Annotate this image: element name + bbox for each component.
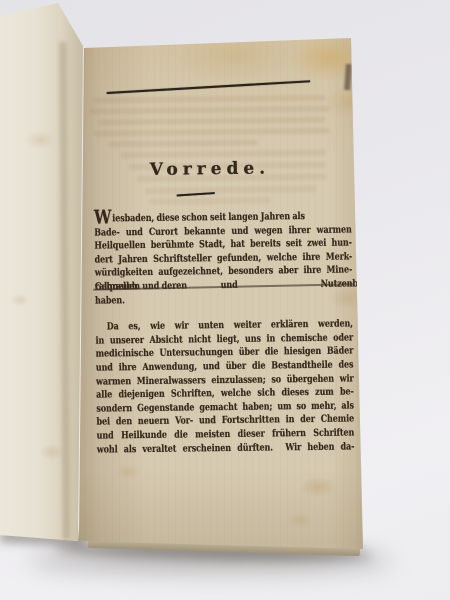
preface-text: Wiesbaden, diese schon seit langen Jahre… — [94, 209, 355, 456]
bleed-through-line — [120, 150, 326, 159]
drop-cap: W — [94, 206, 112, 228]
struck-text: Gebrauch und Nutzen — [95, 278, 353, 292]
text-line: wohl als veraltet erscheinen dürften. Wi… — [97, 440, 355, 457]
bleed-through-line — [94, 95, 326, 104]
bleed-through-line — [149, 197, 271, 204]
text-segment: beschrieben — [352, 277, 406, 291]
paragraph-1: Wiesbaden, diese schon seit langen Jahre… — [94, 209, 353, 307]
page-heading: Vorrede. — [94, 159, 320, 180]
header-rule — [107, 80, 311, 94]
bleed-through-line — [145, 186, 317, 194]
bleed-through-line — [90, 106, 330, 115]
paragraph-2: Da es, wie wir unten weiter erklären wer… — [95, 318, 354, 457]
bleed-through-line — [94, 128, 330, 137]
bleed-through-line — [108, 140, 258, 148]
bleed-through-line — [98, 117, 326, 126]
page-crease — [59, 42, 69, 540]
text-segment: iesbaden, diese schon seit langen Jahren… — [112, 210, 305, 226]
book-photo: Vorrede. Wiesbaden, diese schon seit lan… — [0, 0, 450, 600]
